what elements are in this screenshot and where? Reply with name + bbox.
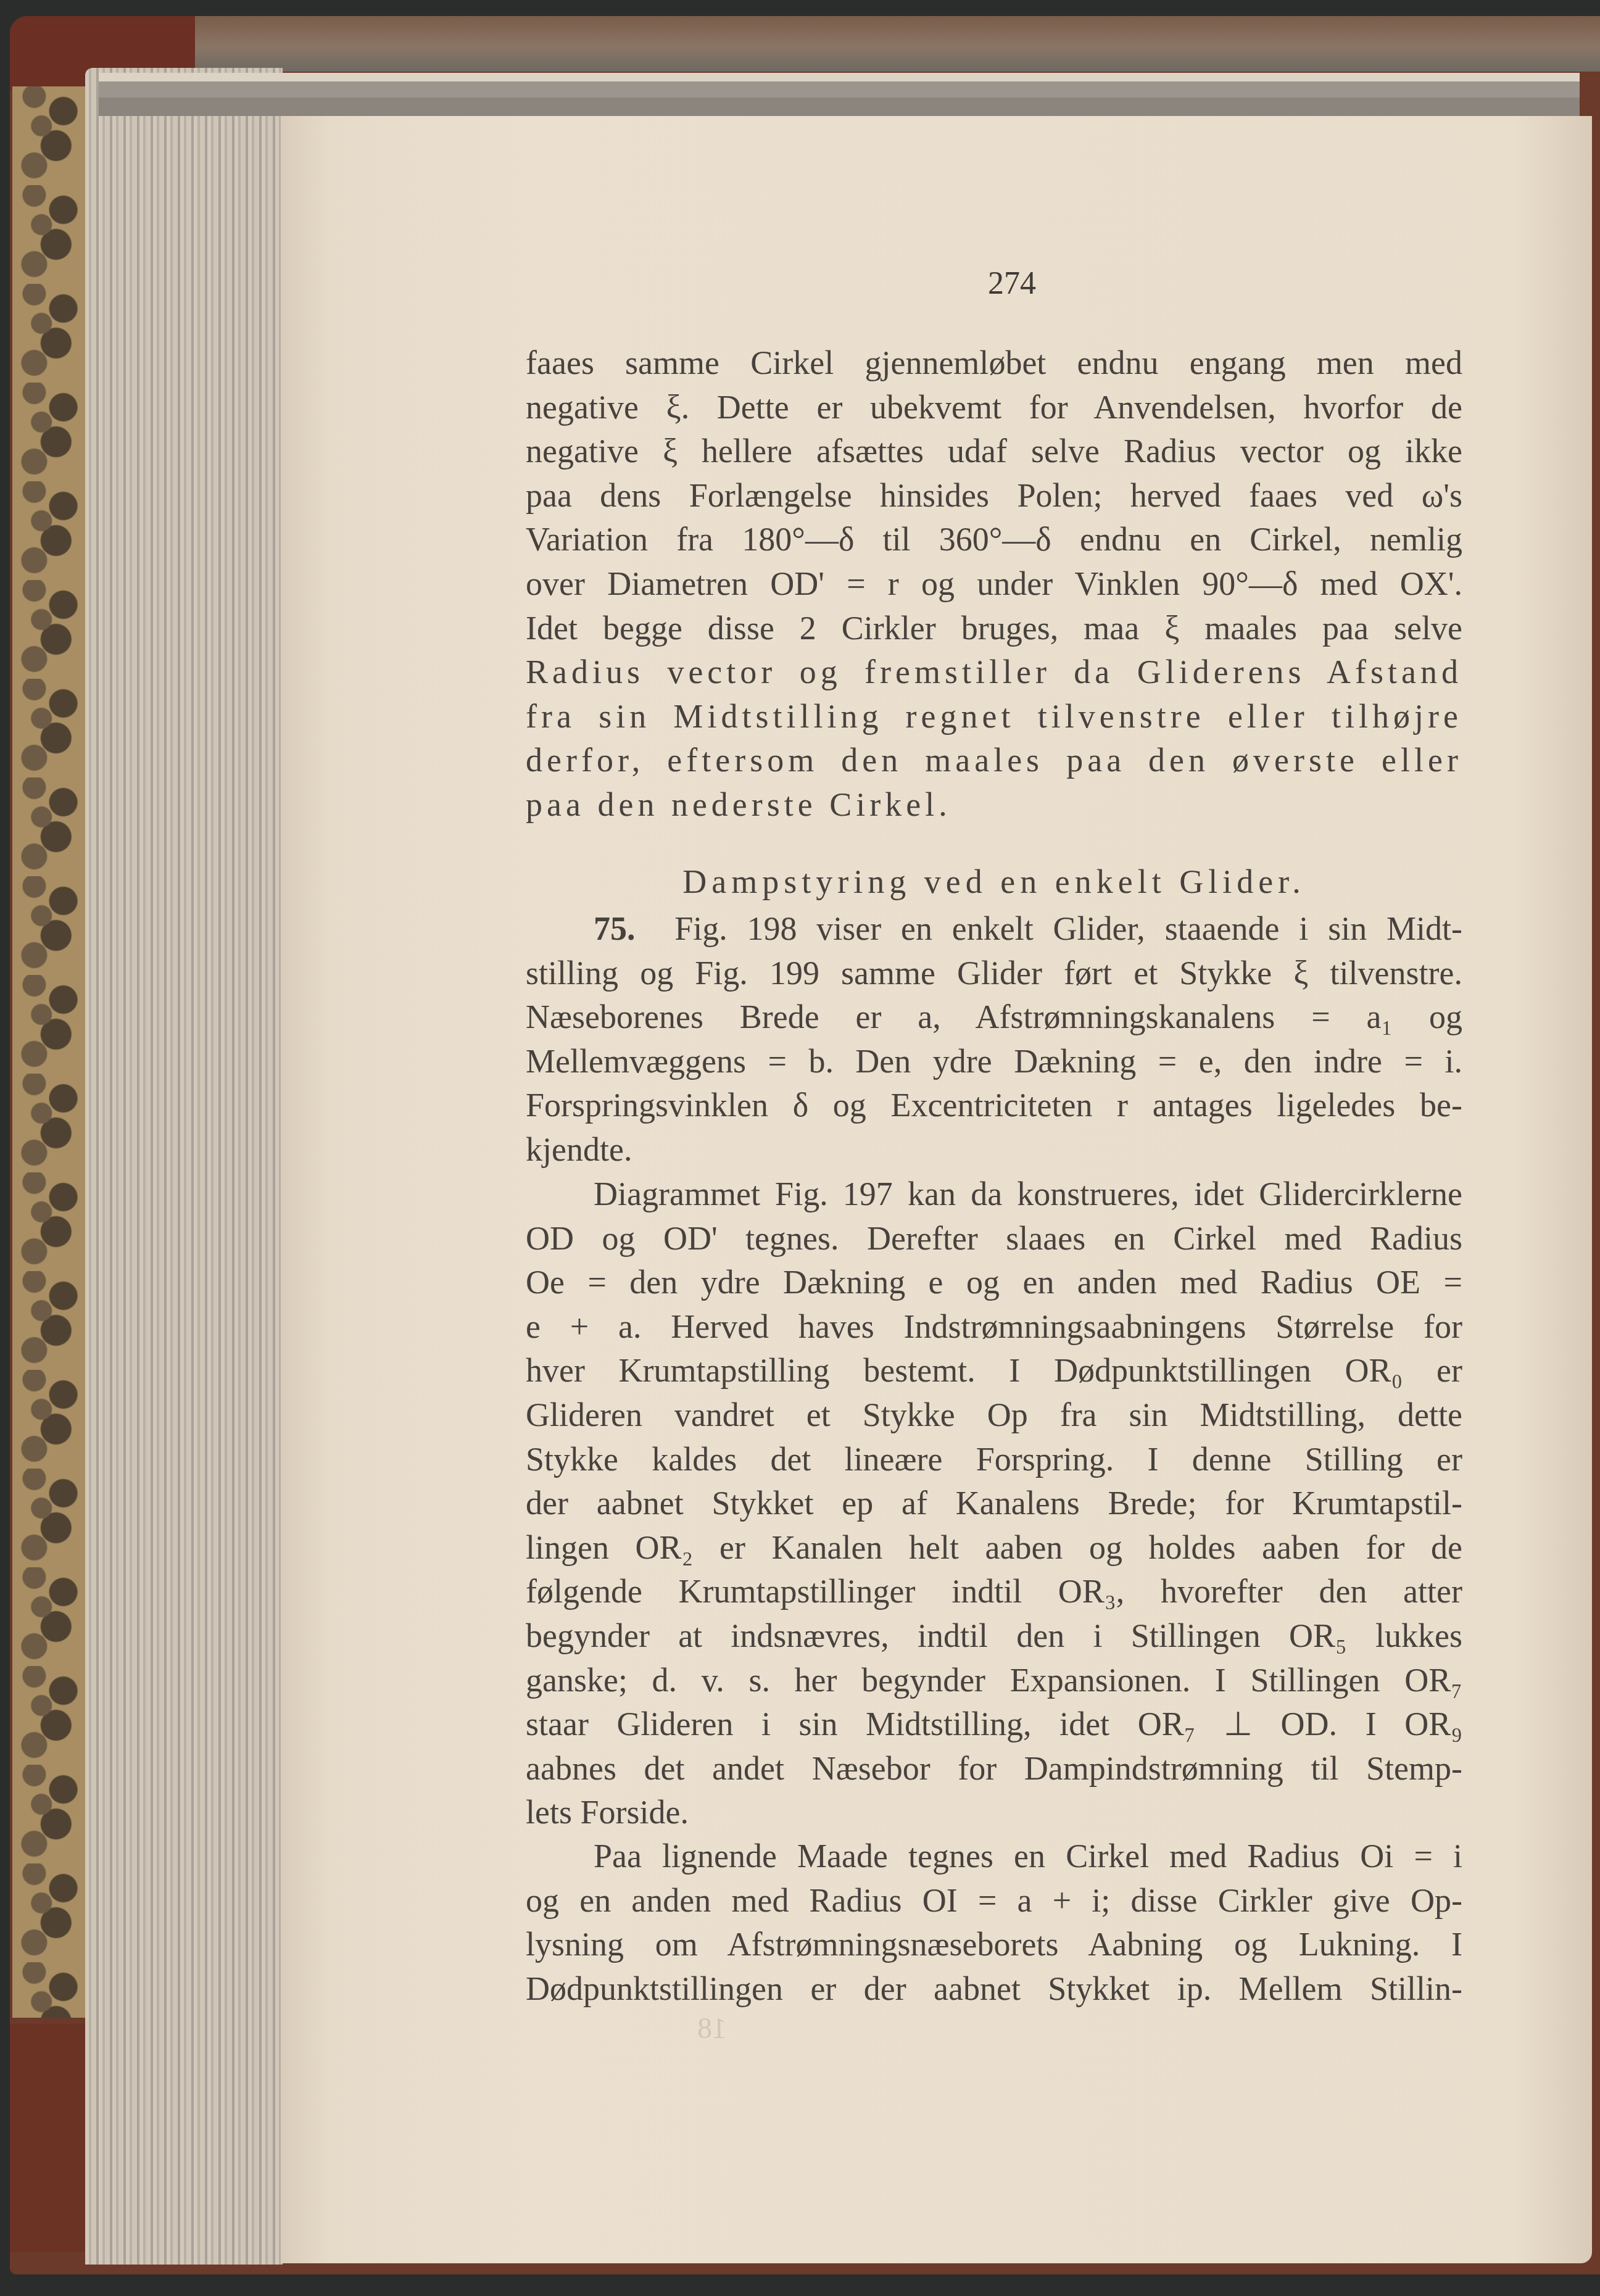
text-line: negative ξ hellere afsættes udaf selve R… [526, 429, 1462, 474]
text-line: fra sin Midtstilling regnet tilvenstre e… [526, 695, 1462, 739]
text-line: Oe = den ydre Dækning e og en anden med … [526, 1261, 1462, 1305]
text-line: stilling og Fig. 199 samme Glider ført e… [526, 951, 1462, 996]
page-number: 274 [963, 265, 1061, 302]
text-line: Næseborenes Brede er a, Afstrømningskana… [526, 995, 1462, 1040]
paragraph-continuation: faaes samme Cirkel gjennemløbet endnu en… [526, 341, 1462, 827]
paragraph-inner-lap: Paa lignende Maade tegnes en Cirkel med … [526, 1834, 1462, 2011]
text-line: over Diametren OD' = r og under Vinklen … [526, 562, 1462, 607]
text-line: negative ξ. Dette er ubekvemt for Anvend… [526, 386, 1462, 430]
text-line: Paa lignende Maade tegnes en Cirkel med … [526, 1834, 1462, 1879]
page-stack-top-edges [99, 73, 1580, 116]
text-line: Glideren vandret et Stykke Op fra sin Mi… [526, 1393, 1462, 1438]
marbled-board [12, 86, 85, 2018]
show-through-page-signature: 18 [697, 2012, 727, 2045]
text-line-content: Fig. 198 viser en enkelt Glider, staaend… [674, 910, 1462, 947]
text-line: kjendte. [526, 1128, 1462, 1172]
text-line: Idet begge disse 2 Cirkler bruges, maa ξ… [526, 607, 1462, 651]
page-stack-edges [85, 68, 283, 2265]
text-line: Stykke kaldes det lineære Forspring. I d… [526, 1438, 1462, 1482]
text-line: OD og OD' tegnes. Derefter slaaes en Cir… [526, 1217, 1462, 1261]
text-line: hver Krumtapstilling bestemt. I Dødpunkt… [526, 1349, 1462, 1393]
paragraph-diagram: Diagrammet Fig. 197 kan da konstrueres, … [526, 1172, 1462, 1835]
text-line: Radius vector og fremstiller da Glideren… [526, 650, 1462, 695]
text-line: e + a. Herved haves Indstrømningsaabning… [526, 1305, 1462, 1349]
text-line: Forspringsvinklen δ og Excentriciteten r… [526, 1084, 1462, 1128]
text-line: staar Glideren i sin Midtstilling, idet … [526, 1702, 1462, 1747]
text-line: begynder at indsnævres, indtil den i Sti… [526, 1614, 1462, 1659]
text-line: 75. Fig. 198 viser en enkelt Glider, sta… [526, 907, 1462, 951]
text-line: paa dens Forlængelse hinsides Polen; her… [526, 474, 1462, 518]
text-line: der aabnet Stykket ep af Kanalens Brede;… [526, 1482, 1462, 1526]
text-line: Mellemvæggens = b. Den ydre Dækning = e,… [526, 1040, 1462, 1084]
section-heading: Dampstyring ved en enkelt Glider. [526, 863, 1462, 901]
text-line: Variation fra 180°—δ til 360°—δ endnu en… [526, 518, 1462, 562]
section-number: 75. [594, 910, 636, 947]
text-line: lingen OR₂ er Kanalen helt aaben og hold… [526, 1526, 1462, 1570]
text-line: paa den nederste Cirkel. [526, 783, 1462, 827]
book-headband [179, 16, 1600, 72]
leather-corner-bottom [10, 2024, 96, 2252]
text-line: og en anden med Radius OI = a + i; disse… [526, 1879, 1462, 1923]
text-line: følgende Krumtapstillinger indtil OR₃, h… [526, 1570, 1462, 1614]
text-line: aabnes det andet Næsebor for Dampindstrø… [526, 1747, 1462, 1791]
text-line: derfor, eftersom den maales paa den øver… [526, 739, 1462, 783]
paragraph-75: 75. Fig. 198 viser en enkelt Glider, sta… [526, 907, 1462, 1172]
text-line: Dødpunktstillingen er der aabnet Stykket… [526, 1967, 1462, 2012]
text-line: lysning om Afstrømningsnæseborets Aabnin… [526, 1923, 1462, 1967]
text-line: faaes samme Cirkel gjennemløbet endnu en… [526, 341, 1462, 386]
text-line: Diagrammet Fig. 197 kan da konstrueres, … [526, 1172, 1462, 1217]
text-line: ganske; d. v. s. her begynder Expansione… [526, 1659, 1462, 1703]
text-line: lets Forside. [526, 1791, 1462, 1835]
